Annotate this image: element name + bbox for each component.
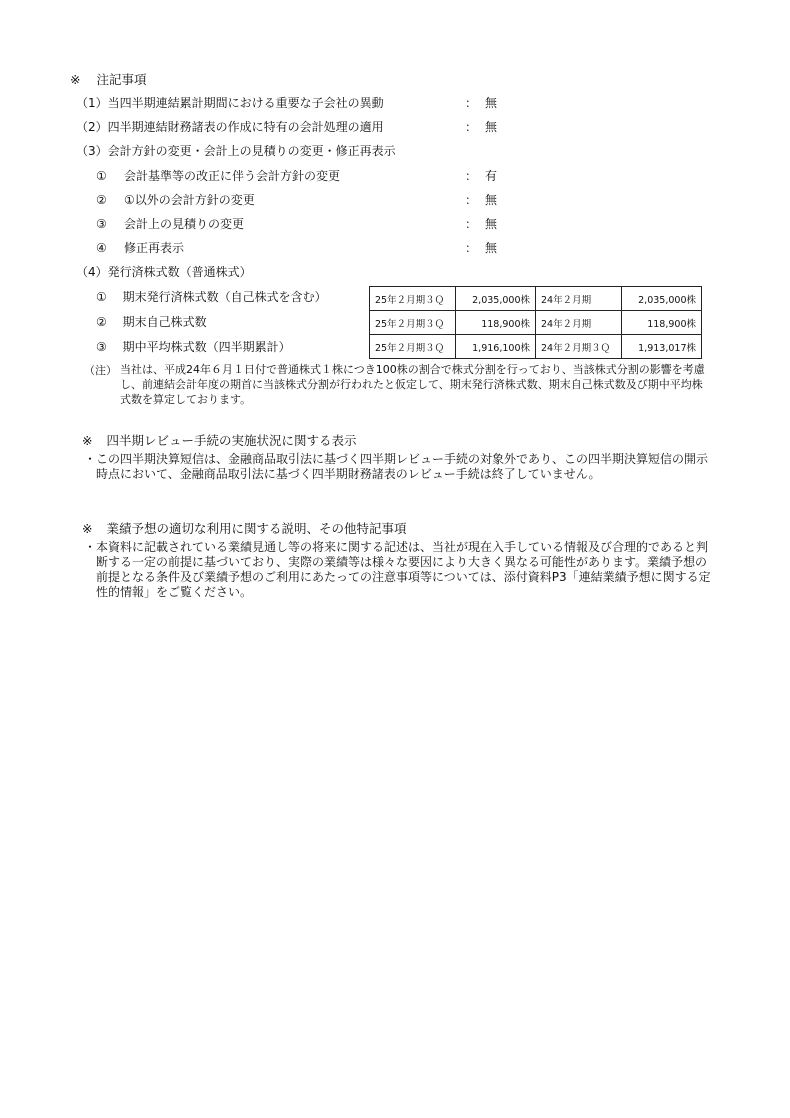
previous-period-cell: 24年２月期 xyxy=(536,287,622,311)
current-period-cell: 25年２月期３Ｑ xyxy=(370,311,456,335)
previous-period-cell: 24年２月期 xyxy=(536,311,622,335)
sub-item-1: ① 会計基準等の改正に伴う会計方針の変更 ： 有 xyxy=(96,169,516,185)
sub-item-number: ③ xyxy=(96,340,107,354)
sub-item-number: ④ xyxy=(96,241,107,255)
sub-item-number: ① xyxy=(96,290,107,304)
previous-value-cell: 2,035,000株 xyxy=(622,287,702,311)
item-label: 四半期連結財務諸表の作成に特有の会計処理の適用 xyxy=(108,120,384,134)
item-colon: ： xyxy=(465,96,477,110)
current-value-cell: 1,916,100株 xyxy=(456,335,536,359)
sub-item-label: 会計上の見積りの変更 xyxy=(124,217,244,231)
sub-item-label: 期中平均株式数（四半期累計） xyxy=(123,340,291,354)
note-item-4: （4）発行済株式数（普通株式） xyxy=(76,265,252,279)
sub-item-label: 期末自己株式数 xyxy=(123,315,207,329)
review-heading-text: 四半期レビュー手続の実施状況に関する表示 xyxy=(106,433,356,448)
item-label: 会計方針の変更・会計上の見積りの変更・修正再表示 xyxy=(108,144,396,158)
item-number: （4） xyxy=(76,265,108,279)
sub-item-label: 会計基準等の改正に伴う会計方針の変更 xyxy=(124,169,340,183)
table-row: 25年２月期３Ｑ 1,916,100株 24年２月期３Ｑ 1,913,017株 xyxy=(370,335,702,359)
share-note-text: 当社は、平成24年６月１日付で普通株式１株につき100株の割合で株式分割を行って… xyxy=(120,362,710,407)
item-value: 無 xyxy=(485,120,497,134)
share-note-label: （注） xyxy=(84,362,117,378)
sub-item-label: 修正再表示 xyxy=(124,241,184,255)
sub-item-3: ③ 会計上の見積りの変更 ： 無 xyxy=(96,217,516,233)
shares-table: 25年２月期３Ｑ 2,035,000株 24年２月期 2,035,000株 25… xyxy=(369,286,702,359)
forecast-heading: ※ 業績予想の適切な利用に関する説明、その他特記事項 xyxy=(82,522,406,536)
current-value-cell: 2,035,000株 xyxy=(456,287,536,311)
forecast-text: 本資料に記載されている業績見通し等の将来に関する記述は、当社が現在入手している情… xyxy=(96,540,718,600)
reference-mark: ※ xyxy=(70,72,80,87)
shares-row-label-1: ① 期末発行済株式数（自己株式を含む） xyxy=(96,290,327,304)
current-period-cell: 25年２月期３Ｑ xyxy=(370,287,456,311)
table-row: 25年２月期３Ｑ 2,035,000株 24年２月期 2,035,000株 xyxy=(370,287,702,311)
sub-item-label: ①以外の会計方針の変更 xyxy=(124,193,255,207)
sub-item-colon: ： xyxy=(465,169,477,183)
note-item-2: （2）四半期連結財務諸表の作成に特有の会計処理の適用 ： 無 xyxy=(76,120,596,136)
shares-row-label-2: ② 期末自己株式数 xyxy=(96,315,207,329)
sub-item-value: 無 xyxy=(485,193,497,207)
sub-item-2: ② ①以外の会計方針の変更 ： 無 xyxy=(96,193,516,209)
sub-item-value: 有 xyxy=(485,169,497,183)
sub-item-4: ④ 修正再表示 ： 無 xyxy=(96,241,516,257)
reference-mark: ※ xyxy=(82,521,92,536)
previous-value-cell: 118,900株 xyxy=(622,311,702,335)
sub-item-number: ② xyxy=(96,193,107,207)
sub-item-value: 無 xyxy=(485,217,497,231)
review-text: この四半期決算短信は、金融商品取引法に基づく四半期レビュー手続の対象外であり、こ… xyxy=(96,452,718,482)
item-label: 当四半期連結累計期間における重要な子会社の異動 xyxy=(108,96,384,110)
current-period-cell: 25年２月期３Ｑ xyxy=(370,335,456,359)
review-heading: ※ 四半期レビュー手続の実施状況に関する表示 xyxy=(82,434,356,448)
note-item-3: （3）会計方針の変更・会計上の見積りの変更・修正再表示 xyxy=(76,144,396,158)
current-value-cell: 118,900株 xyxy=(456,311,536,335)
item-value: 無 xyxy=(485,96,497,110)
sub-item-number: ② xyxy=(96,315,107,329)
sub-item-colon: ： xyxy=(465,193,477,207)
reference-mark: ※ xyxy=(82,433,92,448)
note-item-1: （1）当四半期連結累計期間における重要な子会社の異動 ： 無 xyxy=(76,96,596,112)
sub-item-label: 期末発行済株式数（自己株式を含む） xyxy=(123,290,327,304)
shares-row-label-3: ③ 期中平均株式数（四半期累計） xyxy=(96,340,291,354)
notes-heading: ※ 注記事項 xyxy=(70,73,146,87)
item-number: （1） xyxy=(76,96,108,110)
item-number: （2） xyxy=(76,120,108,134)
sub-item-number: ① xyxy=(96,169,107,183)
sub-item-value: 無 xyxy=(485,241,497,255)
review-bullet: ・ xyxy=(84,452,96,466)
forecast-heading-text: 業績予想の適切な利用に関する説明、その他特記事項 xyxy=(106,521,406,536)
item-colon: ： xyxy=(465,120,477,134)
item-label: 発行済株式数（普通株式） xyxy=(108,265,252,279)
table-row: 25年２月期３Ｑ 118,900株 24年２月期 118,900株 xyxy=(370,311,702,335)
item-number: （3） xyxy=(76,144,108,158)
previous-value-cell: 1,913,017株 xyxy=(622,335,702,359)
previous-period-cell: 24年２月期３Ｑ xyxy=(536,335,622,359)
sub-item-colon: ： xyxy=(465,241,477,255)
notes-heading-text: 注記事項 xyxy=(96,72,146,87)
forecast-bullet: ・ xyxy=(84,540,96,554)
sub-item-colon: ： xyxy=(465,217,477,231)
sub-item-number: ③ xyxy=(96,217,107,231)
